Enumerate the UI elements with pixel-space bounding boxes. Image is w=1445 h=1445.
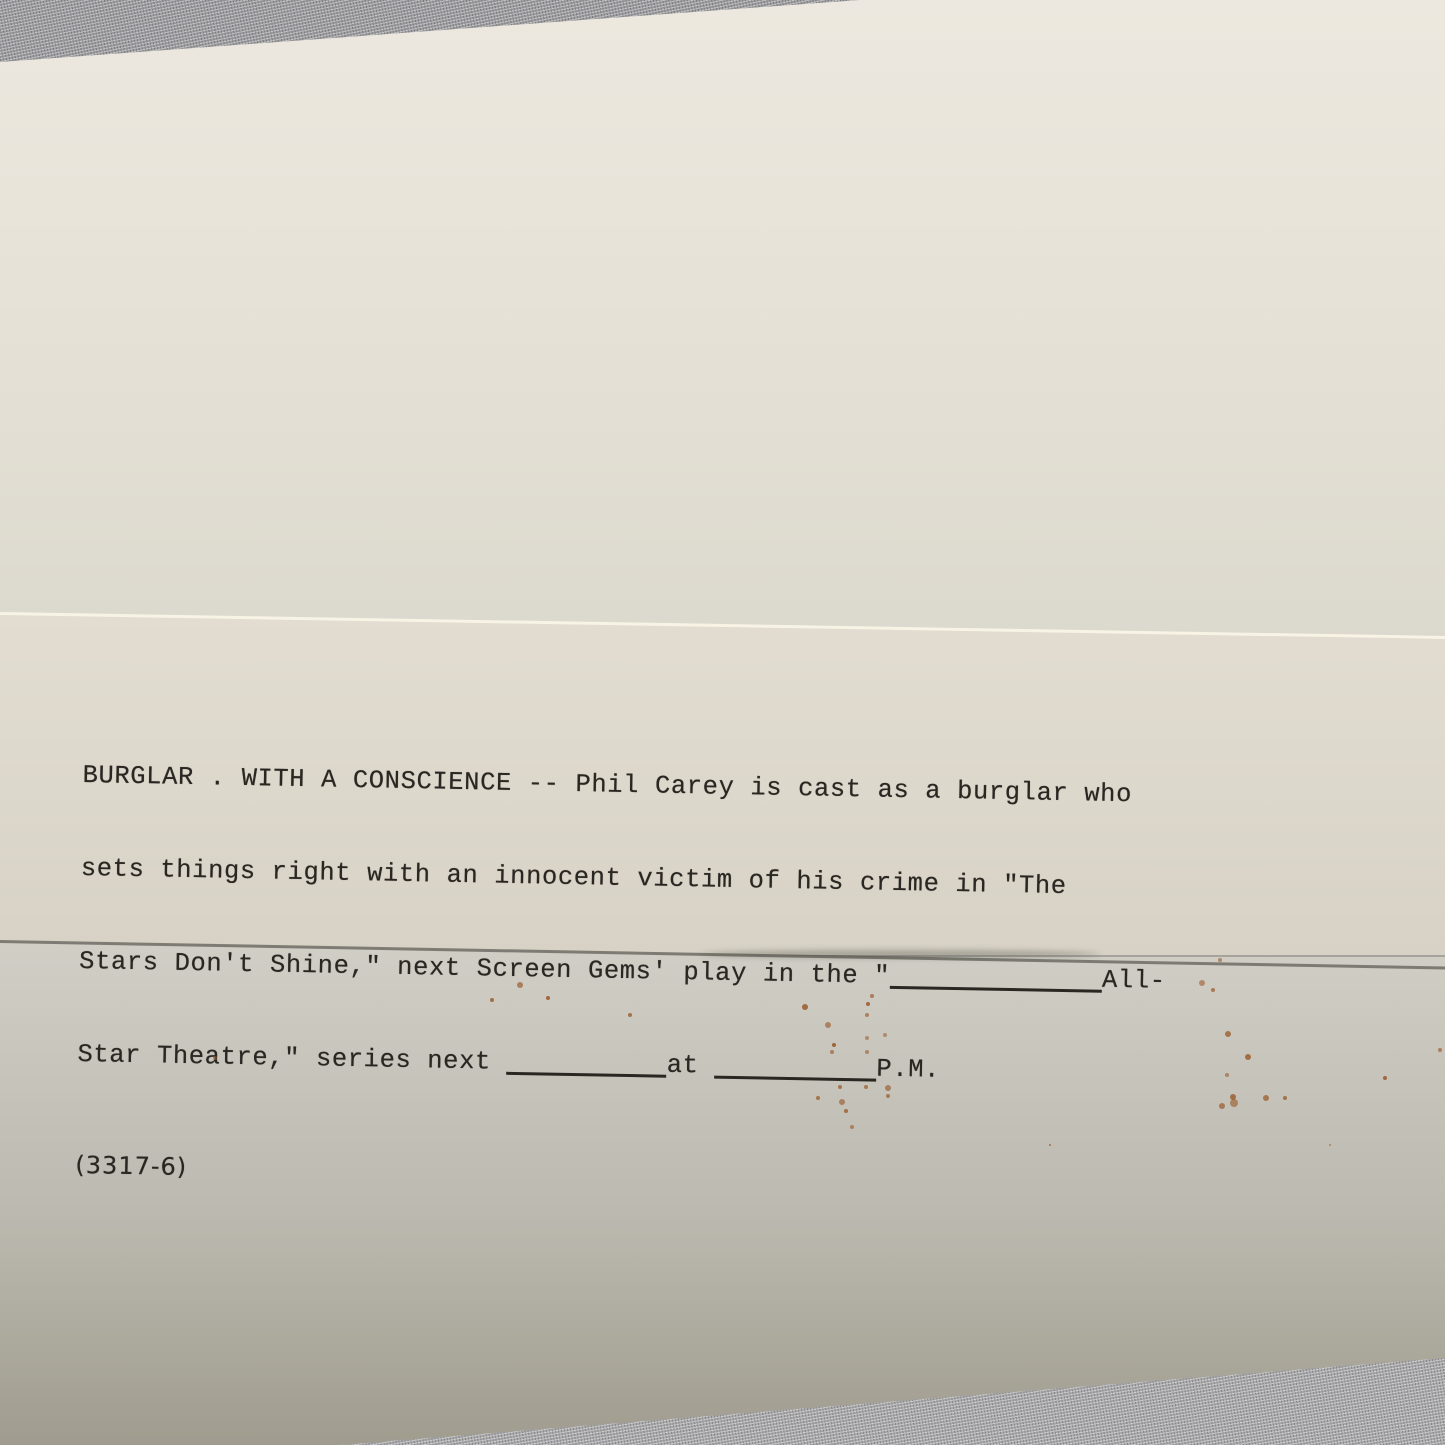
rust-spot bbox=[628, 1013, 632, 1017]
rust-spot bbox=[1218, 958, 1222, 962]
typed-caption: BURGLAR . WITH A CONSCIENCE -- Phil Care… bbox=[75, 698, 1314, 1234]
rust-spot bbox=[838, 1085, 842, 1089]
blank-day-field[interactable] bbox=[507, 1054, 667, 1078]
rust-spot bbox=[886, 1094, 890, 1098]
rust-spot bbox=[1219, 1103, 1225, 1109]
rust-spot bbox=[1383, 1076, 1387, 1080]
rust-spot bbox=[490, 998, 494, 1002]
blank-time-field[interactable] bbox=[714, 1058, 876, 1082]
rust-spot bbox=[517, 982, 523, 988]
caption-line-4-at: at bbox=[666, 1051, 714, 1081]
caption-line-3: Stars Don't Shine," next Screen Gems' pl… bbox=[79, 946, 1309, 1000]
rust-spot bbox=[1049, 1144, 1051, 1146]
rust-spot bbox=[839, 1099, 845, 1105]
rust-spot bbox=[832, 1043, 836, 1047]
rust-spot bbox=[864, 1085, 868, 1089]
rust-spot bbox=[825, 1022, 831, 1028]
rust-spot bbox=[885, 1085, 891, 1091]
rust-spot bbox=[1225, 1073, 1229, 1077]
rust-spot bbox=[1245, 1054, 1251, 1060]
rust-spot bbox=[1438, 1048, 1442, 1052]
rust-spot bbox=[865, 1036, 869, 1040]
rust-spot bbox=[1263, 1095, 1269, 1101]
caption-line-4-end: P.M. bbox=[876, 1055, 940, 1085]
rust-spot bbox=[870, 994, 874, 998]
rust-spot bbox=[830, 1050, 834, 1054]
blank-channel-field[interactable] bbox=[890, 968, 1102, 993]
caption-line-4-text: Star Theatre," series next bbox=[77, 1040, 507, 1077]
caption-line-3-text: Stars Don't Shine," next Screen Gems' pl… bbox=[79, 947, 890, 991]
rust-spot bbox=[850, 1125, 854, 1129]
caption-line-1: BURGLAR . WITH A CONSCIENCE -- Phil Care… bbox=[82, 760, 1312, 814]
rust-spot bbox=[1329, 1144, 1331, 1146]
rust-spot bbox=[546, 996, 550, 1000]
rust-spot bbox=[213, 1056, 217, 1060]
rust-spot bbox=[1283, 1096, 1287, 1100]
rust-spot bbox=[865, 1050, 869, 1054]
reference-number: (3317-6) bbox=[75, 1150, 1305, 1204]
rust-spot bbox=[1230, 1099, 1238, 1107]
caption-line-3-end: All- bbox=[1102, 966, 1166, 996]
rust-spot bbox=[883, 1033, 887, 1037]
rust-spot bbox=[1211, 988, 1215, 992]
rust-spot bbox=[866, 1002, 870, 1006]
caption-line-4: Star Theatre," series next at P.M. bbox=[77, 1039, 1307, 1093]
caption-line-2: sets things right with an innocent victi… bbox=[81, 853, 1311, 907]
rust-spot bbox=[1225, 1031, 1231, 1037]
rust-spot bbox=[816, 1096, 820, 1100]
rust-spot bbox=[802, 1004, 808, 1010]
rust-spot bbox=[844, 1109, 848, 1113]
rust-spot bbox=[1199, 980, 1205, 986]
rust-spot bbox=[865, 1013, 869, 1017]
